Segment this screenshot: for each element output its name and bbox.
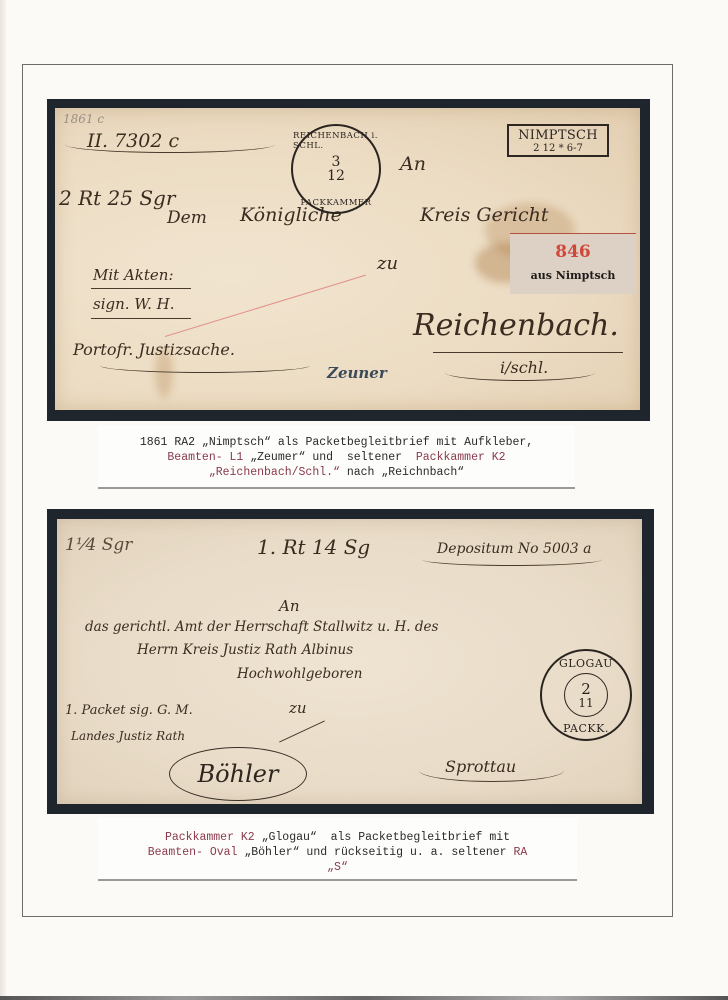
note-left-line1: Mit Akten: — [93, 266, 174, 284]
caption-highlight: „Reichenbach/Schl.“ — [209, 466, 340, 479]
caption-text: „Zeumer“ und seltener — [243, 451, 416, 464]
note-left-line2: sign. W. H. — [93, 295, 174, 313]
official-stamp-zeuner: Zeuner — [327, 364, 387, 382]
cover-2-envelope[interactable]: 1⅟4 Sgr 1. Rt 14 Sg Depositum No 5003 a … — [57, 519, 642, 804]
address-line-3: Herrn Kreis Justiz Rath Albinus — [137, 642, 353, 658]
label-origin: aus Nimptsch — [510, 269, 636, 282]
address-zu: zu — [289, 699, 307, 717]
ra2-postmark-nimptsch: NIMPTSCH 2 12 * 6-7 — [507, 124, 609, 157]
underline — [91, 288, 191, 289]
oval-stamp-text: Böhler — [198, 760, 279, 788]
address-line-2: das gerichtl. Amt der Herrschaft Stallwi… — [85, 619, 438, 635]
packkammer-postmark-glogau: GLOGAU PACKK. 2 11 — [540, 649, 632, 741]
postmark-day: 3 — [332, 155, 341, 169]
caption-1-line-3: „Reichenbach/Schl.“ nach „Reichnbach“ — [98, 465, 575, 480]
page-bottom-edge — [0, 996, 728, 1000]
caption-text: „Böhler“ und rückseitig u. a. seltener — [237, 846, 513, 859]
page-edge — [0, 0, 6, 1000]
caption-highlight: Packkammer K2 — [416, 451, 506, 464]
postmark-date: 3 12 — [314, 147, 358, 191]
caption-2-line-1: Packkammer K2 „Glogau“ als Packetbegleit… — [98, 830, 577, 845]
label-number: 846 — [510, 242, 636, 262]
underline — [419, 759, 564, 782]
underline — [91, 318, 191, 319]
caption-highlight: Beamten- L1 — [167, 451, 243, 464]
note-left-line2: Landes Justiz Rath — [71, 729, 185, 743]
caption-cover-2: Packkammer K2 „Glogau“ als Packetbegleit… — [98, 817, 577, 879]
postmark-month: 12 — [327, 169, 345, 183]
caption-cover-1: 1861 RA2 „Nimptsch“ als Packetbegleitbri… — [98, 425, 575, 487]
caption-2-line-2: Beamten- Oval „Böhler“ und rückseitig u.… — [98, 845, 577, 860]
caption-text: nach „Reichnbach“ — [340, 466, 464, 479]
note-left-line1: 1. Packet sig. G. M. — [65, 703, 193, 718]
address-zu: zu — [377, 253, 398, 274]
postmark-month: 11 — [578, 697, 593, 709]
ra2-town: NIMPTSCH — [514, 128, 602, 143]
caption-highlight: „S“ — [327, 861, 348, 874]
address-line-4: Hochwohlgeboren — [237, 666, 362, 682]
ra2-date: 2 12 * 6-7 — [514, 143, 602, 154]
packkammer-postmark-reichenbach: REICHENBACH i. SCHL. PACKKAMMER 3 12 — [291, 124, 381, 214]
caption-1-line-2: Beamten- L1 „Zeumer“ und seltener Packka… — [98, 450, 575, 465]
postmark-bottom-text: PACKK. — [563, 722, 609, 735]
caption-1-line-1: 1861 RA2 „Nimptsch“ als Packetbegleitbri… — [98, 435, 575, 450]
address-prefix: Dem — [167, 208, 207, 228]
red-crayon-line — [165, 275, 366, 337]
postmark-day: 2 — [581, 682, 591, 697]
underline — [445, 364, 595, 381]
postage-fee: 1. Rt 14 Sg — [257, 535, 370, 559]
postmark-bottom-text: PACKKAMMER — [300, 198, 371, 208]
pencil-note: 1861 c — [63, 112, 104, 126]
caption-highlight: Beamten- Oval — [148, 846, 238, 859]
caption-text: „Glogau“ als Packetbegleitbrief mit — [255, 831, 510, 844]
pencil-note: 1⅟4 Sgr — [65, 535, 132, 555]
underline — [65, 136, 275, 153]
parcel-label: 846 aus Nimptsch — [510, 233, 636, 294]
postmark-date: 2 11 — [564, 673, 608, 717]
underline — [433, 352, 623, 353]
cover-1-envelope[interactable]: 1861 c II. 7302 c 2 Rt 25 Sgr Dem Königl… — [55, 108, 640, 410]
address-kreis-gericht: Kreis Gericht — [420, 204, 548, 226]
postage-fee: 2 Rt 25 Sgr — [59, 186, 175, 210]
caption-highlight: RA — [513, 846, 527, 859]
pen-stroke — [279, 720, 325, 742]
underline — [100, 358, 310, 373]
official-oval-stamp-boehler: Böhler — [169, 747, 307, 801]
address-city: Reichenbach. — [413, 308, 619, 343]
caption-2-line-3: „S“ — [98, 860, 577, 875]
address-an: An — [279, 597, 300, 615]
note-left-line3: Portofr. Justizsache. — [73, 340, 235, 359]
caption-highlight: Packkammer K2 — [165, 831, 255, 844]
postmark-top-text: GLOGAU — [559, 657, 613, 670]
address-an: An — [400, 153, 426, 175]
underline — [422, 553, 602, 566]
